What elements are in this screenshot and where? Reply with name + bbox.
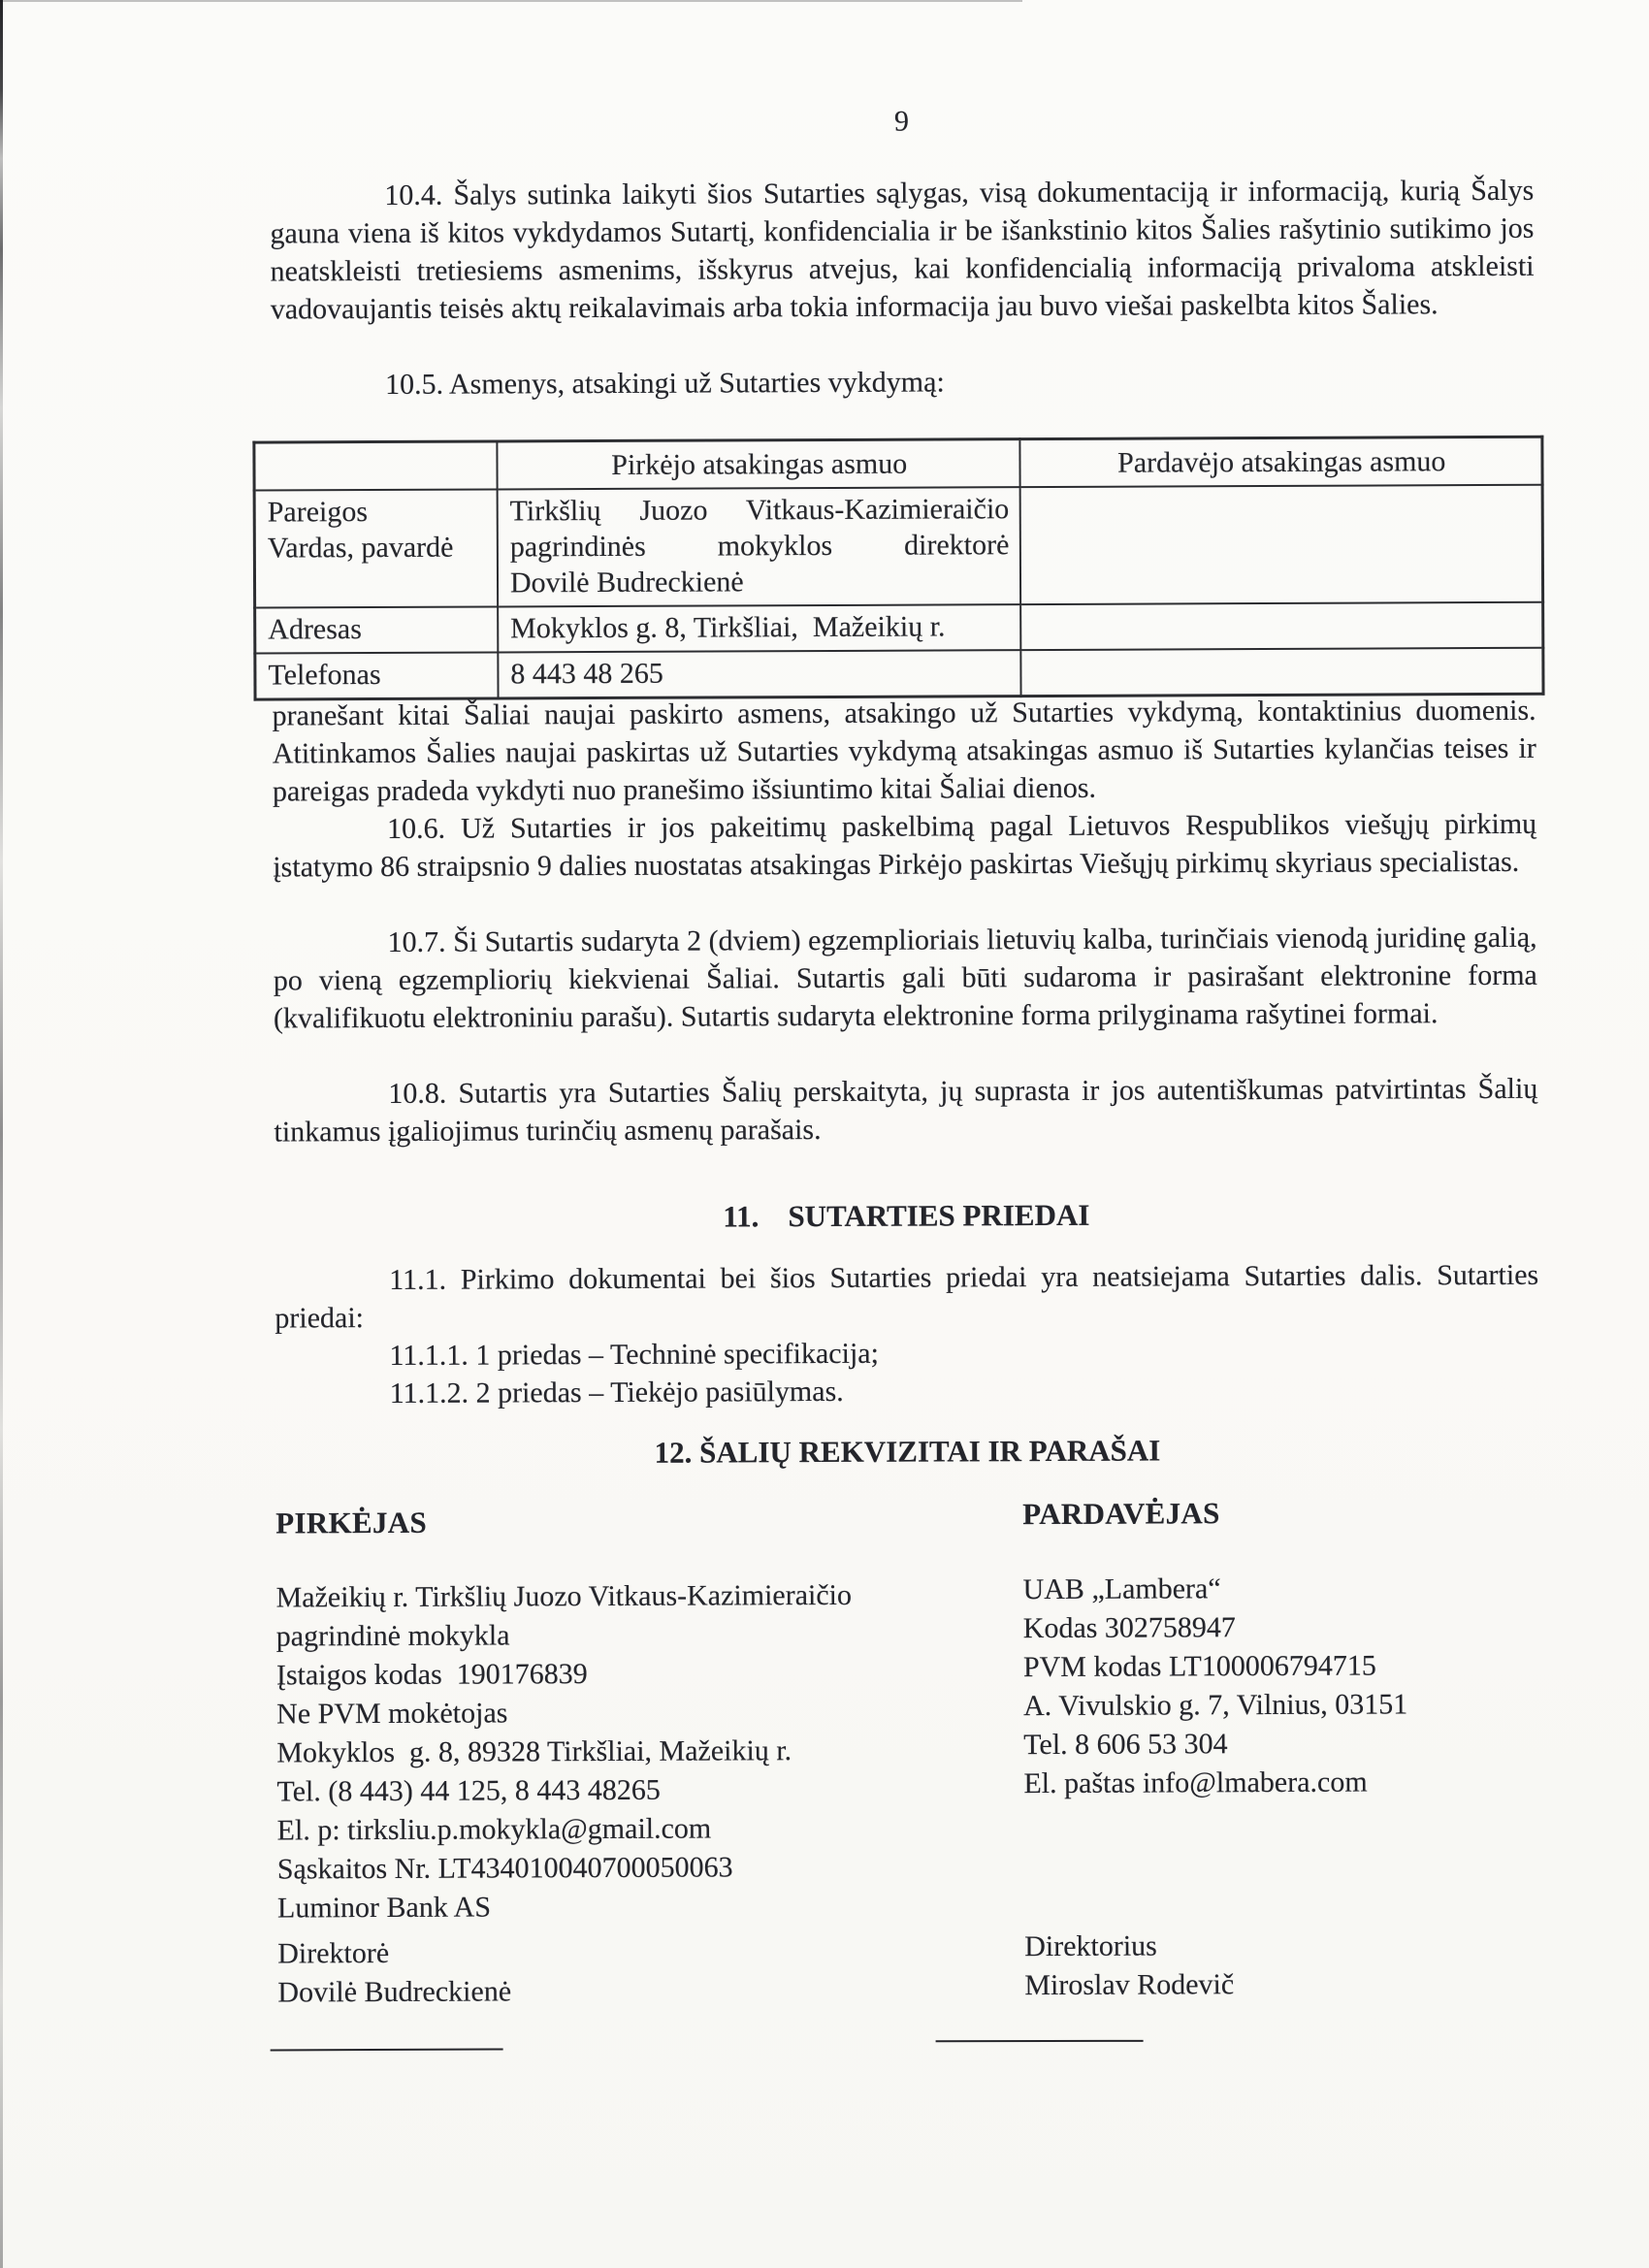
heading-section-11: 11.SUTARTIES PRIEDAI <box>275 1194 1538 1238</box>
seller-company-name: UAB „Lambera“ <box>1022 1569 1566 1609</box>
section-11-number: 11. <box>723 1199 759 1233</box>
seller-signer-name: Miroslav Rodevič <box>1024 1965 1234 2005</box>
buyer-name-line2: pagrindinė mokykla <box>276 1614 998 1656</box>
buyer-bank-account: Sąskaitos Nr. LT434010040700050063 <box>277 1847 999 1889</box>
buyer-signature-line <box>271 2048 503 2051</box>
buyer-signer-title: Direktorė <box>277 1933 511 1973</box>
buyer-address: Mokyklos g. 8, 89328 Tirkšliai, Mažeikių… <box>276 1731 998 1772</box>
seller-address: A. Vivulskio g. 7, Vilnius, 03151 <box>1023 1685 1567 1726</box>
heading-section-12: 12. ŠALIŲ REKVIZITAI IR PARAŠAI <box>275 1430 1539 1474</box>
seller-vat-code: PVM kodas LT100006794715 <box>1023 1646 1567 1687</box>
buyer-position-line2: pagrindinės mokyklos direktorė <box>510 527 1010 565</box>
seller-signature-line <box>936 2040 1144 2042</box>
buyer-company-code: Įstaigos kodas 190176839 <box>276 1653 998 1695</box>
row-label-phone: Telefonas <box>255 652 499 699</box>
seller-signer: Direktorius Miroslav Rodevič <box>1024 1927 1234 2005</box>
row-label-position: Pareigos Vardas, pavardė <box>254 489 498 607</box>
table-header-row: Pirkėjo atsakingas asmuo Pardavėjo atsak… <box>254 437 1542 490</box>
clause-11-1-2: 11.1.2. 2 priedas – Tiekėjo pasiūlymas. <box>275 1369 1649 1412</box>
clause-10-5: 10.5. Asmenys, atsakingi už Sutarties vy… <box>271 361 1535 405</box>
seller-phone-cell <box>1020 648 1543 697</box>
table-row-position-name: Pareigos Vardas, pavardė Tirkšlių Juozo … <box>254 485 1543 608</box>
buyer-signer-name: Dovilė Budreckienė <box>277 1972 511 2012</box>
scanned-content: 9 10.4. Šalys sutinka laikyti šios Sutar… <box>0 0 1649 2268</box>
clause-11-1: 11.1. Pirkimo dokumentai bei šios Sutart… <box>275 1256 1538 1338</box>
seller-address-cell <box>1020 602 1543 650</box>
buyer-section-heading: PIRKĖJAS <box>275 1506 427 1541</box>
buyer-name-line: Mažeikių r. Tirkšlių Juozo Vitkaus-Kazim… <box>276 1575 998 1617</box>
clause-11-1-1: 11.1.1. 1 priedas – Techninė specifikaci… <box>275 1331 1649 1375</box>
document-page: 9 10.4. Šalys sutinka laikyti šios Sutar… <box>0 0 1649 2268</box>
page-number: 9 <box>270 100 1534 144</box>
buyer-position-line1: Tirkšlių Juozo Vitkaus-Kazimieraičio <box>510 491 1010 529</box>
seller-section-heading: PARDAVĖJAS <box>1022 1496 1220 1532</box>
seller-position-cell <box>1019 485 1542 604</box>
seller-company-code: Kodas 302758947 <box>1023 1607 1567 1648</box>
buyer-email: El. p: tirksliu.p.mokykla@gmail.com <box>277 1808 999 1850</box>
buyer-phone: Tel. (8 443) 44 125, 8 443 48265 <box>276 1769 998 1811</box>
row-label-address: Adresas <box>255 606 499 653</box>
label-pareigos: Pareigos <box>268 494 487 531</box>
buyer-position-cell: Tirkšlių Juozo Vitkaus-Kazimieraičio pag… <box>498 487 1020 606</box>
seller-details: UAB „Lambera“ Kodas 302758947 PVM kodas … <box>1022 1569 1567 1803</box>
clause-10-4: 10.4. Šalys sutinka laikyti šios Sutarti… <box>270 172 1535 329</box>
buyer-position-line3: Dovilė Budreckienė <box>510 563 1010 600</box>
buyer-details: Mažeikių r. Tirkšlių Juozo Vitkaus-Kazim… <box>276 1575 1000 1928</box>
table-row-address: Adresas Mokyklos g. 8, Tirkšliai, Mažeik… <box>255 602 1543 654</box>
clause-after-table: pranešant kitai Šaliai naujai paskirto a… <box>273 692 1536 811</box>
seller-phone: Tel. 8 606 53 304 <box>1023 1724 1567 1765</box>
responsible-persons-table: Pirkėjo atsakingas asmuo Pardavėjo atsak… <box>252 436 1544 701</box>
clause-10-6: 10.6. Už Sutarties ir jos pakeitimų pask… <box>273 805 1536 887</box>
table-header-seller-person: Pardavėjo atsakingas asmuo <box>1019 437 1542 487</box>
table-header-buyer-person: Pirkėjo atsakingas asmuo <box>497 439 1019 490</box>
clause-10-8: 10.8. Sutartis yra Sutarties Šalių persk… <box>274 1070 1537 1151</box>
clause-10-7: 10.7. Ši Sutartis sudaryta 2 (dviem) egz… <box>274 919 1537 1038</box>
label-vardas-pavarde: Vardas, pavardė <box>268 530 487 567</box>
table-header-empty <box>254 441 498 491</box>
section-11-title: SUTARTIES PRIEDAI <box>788 1198 1089 1233</box>
buyer-bank-name: Luminor Bank AS <box>277 1886 999 1928</box>
buyer-address-cell: Mokyklos g. 8, Tirkšliai, Mažeikių r. <box>498 604 1020 652</box>
seller-email: El. paštas info@lmabera.com <box>1023 1763 1567 1803</box>
buyer-vat-status: Ne PVM mokėtojas <box>276 1692 998 1733</box>
buyer-signer: Direktorė Dovilė Budreckienė <box>277 1933 511 2012</box>
seller-signer-title: Direktorius <box>1024 1927 1234 1966</box>
buyer-phone-cell: 8 443 48 265 <box>498 650 1020 698</box>
